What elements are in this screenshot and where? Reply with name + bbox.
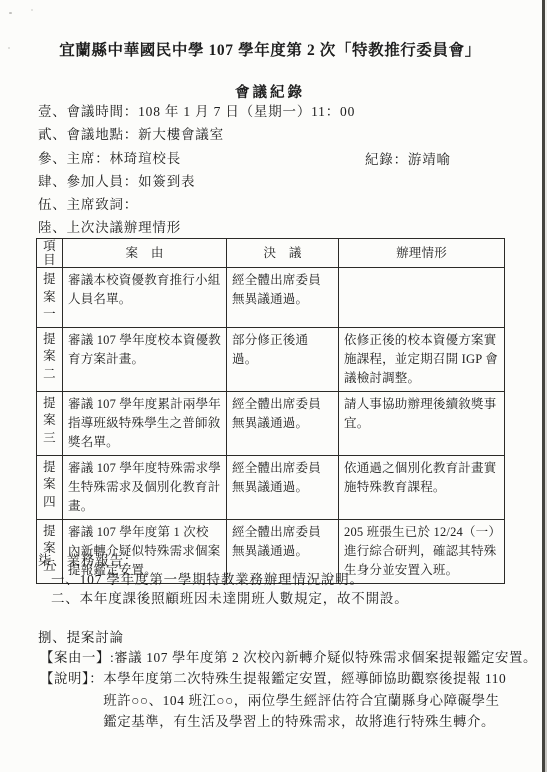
explain-text: 本學年度第二次特殊生提報鑑定安置，經導師協助觀察後提報 110 班許○○、104…: [103, 668, 508, 732]
proposal-discussion-heading: 捌、提案討論: [38, 626, 124, 646]
table-row: 提案三 審議 107 學年度累計兩學年指導班級特殊學生之普師敘獎名單。 經全體出…: [37, 391, 505, 455]
case-text: 審議 107 學年度第 2 次校內新轉介疑似特殊需求個案提報鑑定安置。: [114, 647, 537, 668]
handling-cell: [339, 268, 505, 328]
table-row: 提案四 審議 107 學年度特殊需求學生特殊需求及個別化教育計畫。 經全體出席委…: [37, 455, 505, 519]
header-resolution: 決 議: [227, 239, 339, 268]
proposal-number: 提案二: [42, 331, 57, 384]
case-cell: 審議 107 學年度累計兩學年指導班級特殊學生之普師敘獎名單。: [63, 391, 227, 455]
resolution-cell: 經全體出席委員無異議通過。: [227, 268, 339, 328]
table-row: 提案一 審議本校資優教育推行小組人員名單。 經全體出席委員無異議通過。: [37, 268, 505, 328]
resolutions-table: 項目 案 由 決 議 辦理情形 提案一 審議本校資優教育推行小組人員名單。 經全…: [36, 238, 505, 584]
discussion-explain-line: 【說明】： 本學年度第二次特殊生提報鑑定安置，經導師協助觀察後提報 110 班許…: [40, 668, 508, 732]
meeting-info-block: 壹、會議時間：108 年 1 月 7 日（星期一）11：00 貳、會議地點：新大…: [38, 100, 355, 240]
scan-speck: [31, 9, 33, 11]
case-label: 【案由一】:: [40, 647, 114, 668]
proposal-discussion-section: 【案由一】: 審議 107 學年度第 2 次校內新轉介疑似特殊需求個案提報鑑定安…: [40, 647, 508, 733]
table-header-row: 項目 案 由 決 議 辦理情形: [37, 239, 505, 268]
previous-resolutions-line: 陸、上次決議辦理情形: [38, 216, 355, 239]
business-report-heading: 柒、業務報告：: [38, 551, 409, 570]
business-report-item: 二、本年度課後照顧班因未達開班人數規定，故不開設。: [51, 589, 409, 608]
scan-speck: [9, 12, 12, 14]
resolution-cell: 經全體出席委員無異議通過。: [227, 391, 339, 455]
proposal-number-cell: 提案一: [37, 268, 63, 328]
recorder-label: 紀錄：游靖喻: [365, 148, 451, 168]
proposal-number-cell: 提案四: [37, 455, 63, 519]
header-handling: 辦理情形: [339, 239, 505, 268]
chair-remarks-line: 伍、主席致詞：: [38, 193, 355, 216]
handling-cell: 依通過之個別化教育計畫實施特殊教育課程。: [339, 455, 505, 519]
discussion-case-line: 【案由一】: 審議 107 學年度第 2 次校內新轉介疑似特殊需求個案提報鑑定安…: [40, 647, 508, 668]
case-cell: 審議 107 學年度特殊需求學生特殊需求及個別化教育計畫。: [63, 455, 227, 519]
meeting-time-line: 壹、會議時間：108 年 1 月 7 日（星期一）11：00: [38, 100, 355, 123]
explain-label: 【說明】：: [40, 668, 103, 732]
proposal-number: 提案四: [42, 459, 57, 512]
scan-page-edge-line: [542, 0, 545, 772]
header-item: 項目: [37, 239, 63, 268]
handling-cell: 依修正後的校本資優方案實施課程，並定期召開 IGP 會議檢討調整。: [339, 327, 505, 391]
meeting-place-line: 貳、會議地點：新大樓會議室: [38, 123, 355, 146]
header-case: 案 由: [63, 239, 227, 268]
proposal-number-cell: 提案二: [37, 327, 63, 391]
meeting-attendees-line: 肆、參加人員：如簽到表: [38, 170, 355, 193]
document-title: 宜蘭縣中華國民中學 107 學年度第 2 次「特教推行委員會」: [10, 38, 530, 60]
document-subtitle: 會議紀錄: [10, 81, 530, 102]
header-item-text: 項目: [42, 239, 57, 267]
resolution-cell: 經全體出席委員無異議通過。: [227, 455, 339, 519]
handling-cell: 請人事協助辦理後續敘獎事宜。: [339, 391, 505, 455]
resolution-cell: 部分修正後通過。: [227, 327, 339, 391]
proposal-number-cell: 提案三: [37, 391, 63, 455]
proposal-number: 提案一: [42, 271, 57, 324]
meeting-chair-line: 參、主席：林琦瑄校長: [38, 147, 355, 170]
business-report-item: 一、107 學年度第一學期特教業務辦理情況說明。: [51, 570, 409, 589]
proposal-number: 提案三: [42, 395, 57, 448]
scanned-meeting-minutes-page: 宜蘭縣中華國民中學 107 學年度第 2 次「特教推行委員會」 會議紀錄 壹、會…: [0, 0, 547, 772]
case-cell: 審議 107 學年度校本資優教育方案計畫。: [63, 327, 227, 391]
table-row: 提案二 審議 107 學年度校本資優教育方案計畫。 部分修正後通過。 依修正後的…: [37, 327, 505, 391]
business-report-section: 柒、業務報告： 一、107 學年度第一學期特教業務辦理情況說明。 二、本年度課後…: [38, 551, 409, 608]
case-cell: 審議本校資優教育推行小組人員名單。: [63, 268, 227, 328]
